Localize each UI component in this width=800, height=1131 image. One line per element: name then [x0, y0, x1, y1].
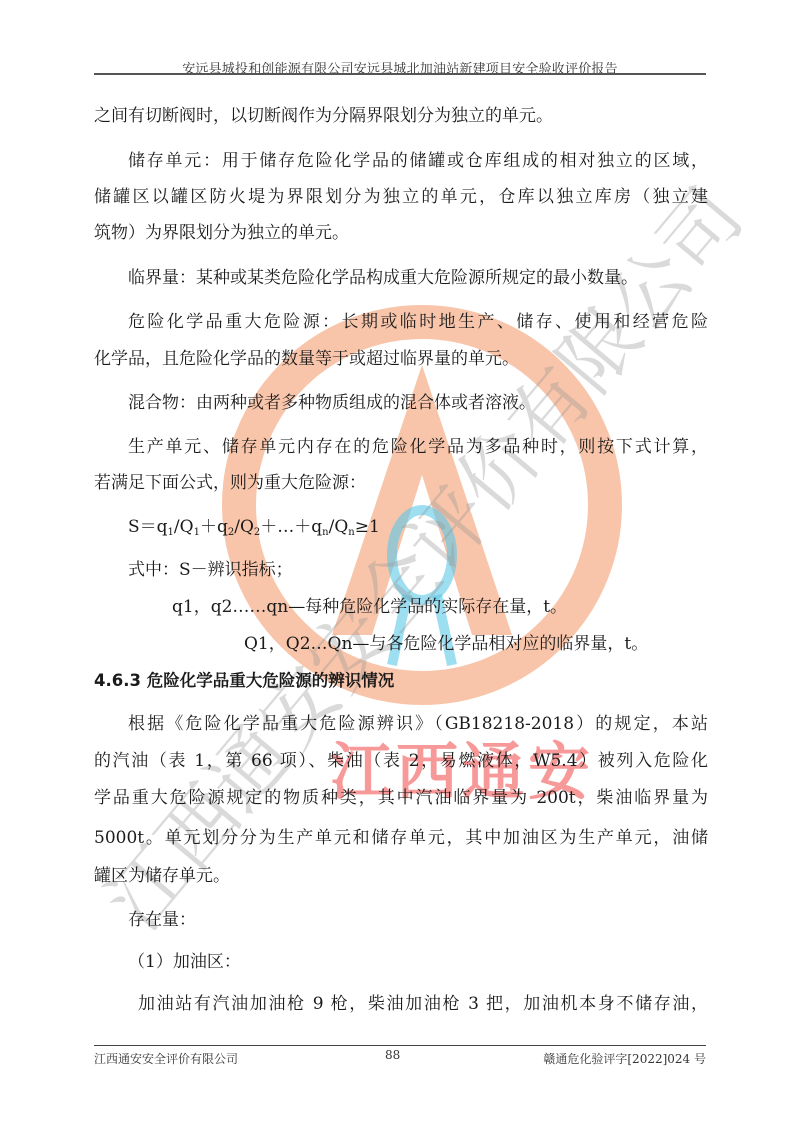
- header-divider: [94, 73, 706, 75]
- paragraph-line: 的汽油（表 1，第 66 项）、柴油（表 2，易燃液体，W5.4）被列入危险化: [94, 751, 708, 771]
- formula: S＝q1/Q1＋q2/Q2＋…＋qn/Qn≥1: [128, 517, 742, 543]
- document-page: 江西通安安全评价有限公司 江西通安 安远县城投和创能源有限公司安远县城北加油站新…: [0, 0, 800, 1131]
- formula-definition: Q1，Q2…Qn—与各危险化学品相对应的临界量，t。: [244, 634, 800, 654]
- paragraph-line: 学品重大危险源规定的物质种类，其中汽油临界量为 200t，柴油临界量为: [94, 788, 708, 808]
- paragraph-line: 混合物：由两种或者多种物质组成的混合体或者溶液。: [128, 393, 742, 413]
- paragraph-line: 储存单元：用于储存危险化学品的储罐或仓库组成的相对独立的区域，: [128, 151, 708, 171]
- page-number: 88: [385, 1048, 400, 1062]
- list-item-label: （1）加油区：: [128, 952, 742, 972]
- paragraph-line: 储罐区以罐区防火堤为界限划分为独立的单元，仓库以独立库房（独立建: [94, 187, 708, 207]
- formula-definition: 式中：S－辨识指标；: [128, 560, 742, 580]
- paragraph-line: 生产单元、储存单元内存在的危险化学品为多品种时，则按下式计算，: [128, 437, 708, 457]
- footer-doc-number: 赣通危化验评字[2022]024 号: [543, 1050, 706, 1067]
- formula-definition: q1，q2……qn—每种危险化学品的实际存在量，t。: [172, 597, 786, 617]
- paragraph-line: 之间有切断阀时，以切断阀作为分隔界限划分为独立的单元。: [94, 106, 708, 126]
- section-heading: 4.6.3 危险化学品重大危险源的辨识情况: [94, 671, 708, 691]
- paragraph-line: 临界量：某种或某类危险化学品构成重大危险源所规定的最小数量。: [128, 268, 742, 288]
- paragraph-line: 危险化学品重大危险源：长期或临时地生产、储存、使用和经营危险: [128, 312, 708, 332]
- paragraph-line: 化学品，且危险化学品的数量等于或超过临界量的单元。: [94, 349, 708, 369]
- paragraph-line: 5000t。单元划分分为生产单元和储存单元，其中加油区为生产单元，油储: [94, 828, 708, 848]
- paragraph-line: 筑物）为界限划分为独立的单元。: [94, 223, 708, 243]
- paragraph-line: 根据《危险化学品重大危险源辨识》（GB18218-2018）的规定，本站: [128, 714, 708, 734]
- footer-divider: [94, 1045, 706, 1046]
- paragraph-line: 加油站有汽油加油枪 9 枪，柴油加油枪 3 把，加油机本身不储存油，: [138, 994, 708, 1014]
- paragraph-line: 若满足下面公式，则为重大危险源：: [94, 473, 708, 493]
- paragraph-line: 存在量：: [128, 910, 742, 930]
- paragraph-line: 罐区为储存单元。: [94, 866, 708, 886]
- footer-company: 江西通安安全评价有限公司: [94, 1050, 238, 1067]
